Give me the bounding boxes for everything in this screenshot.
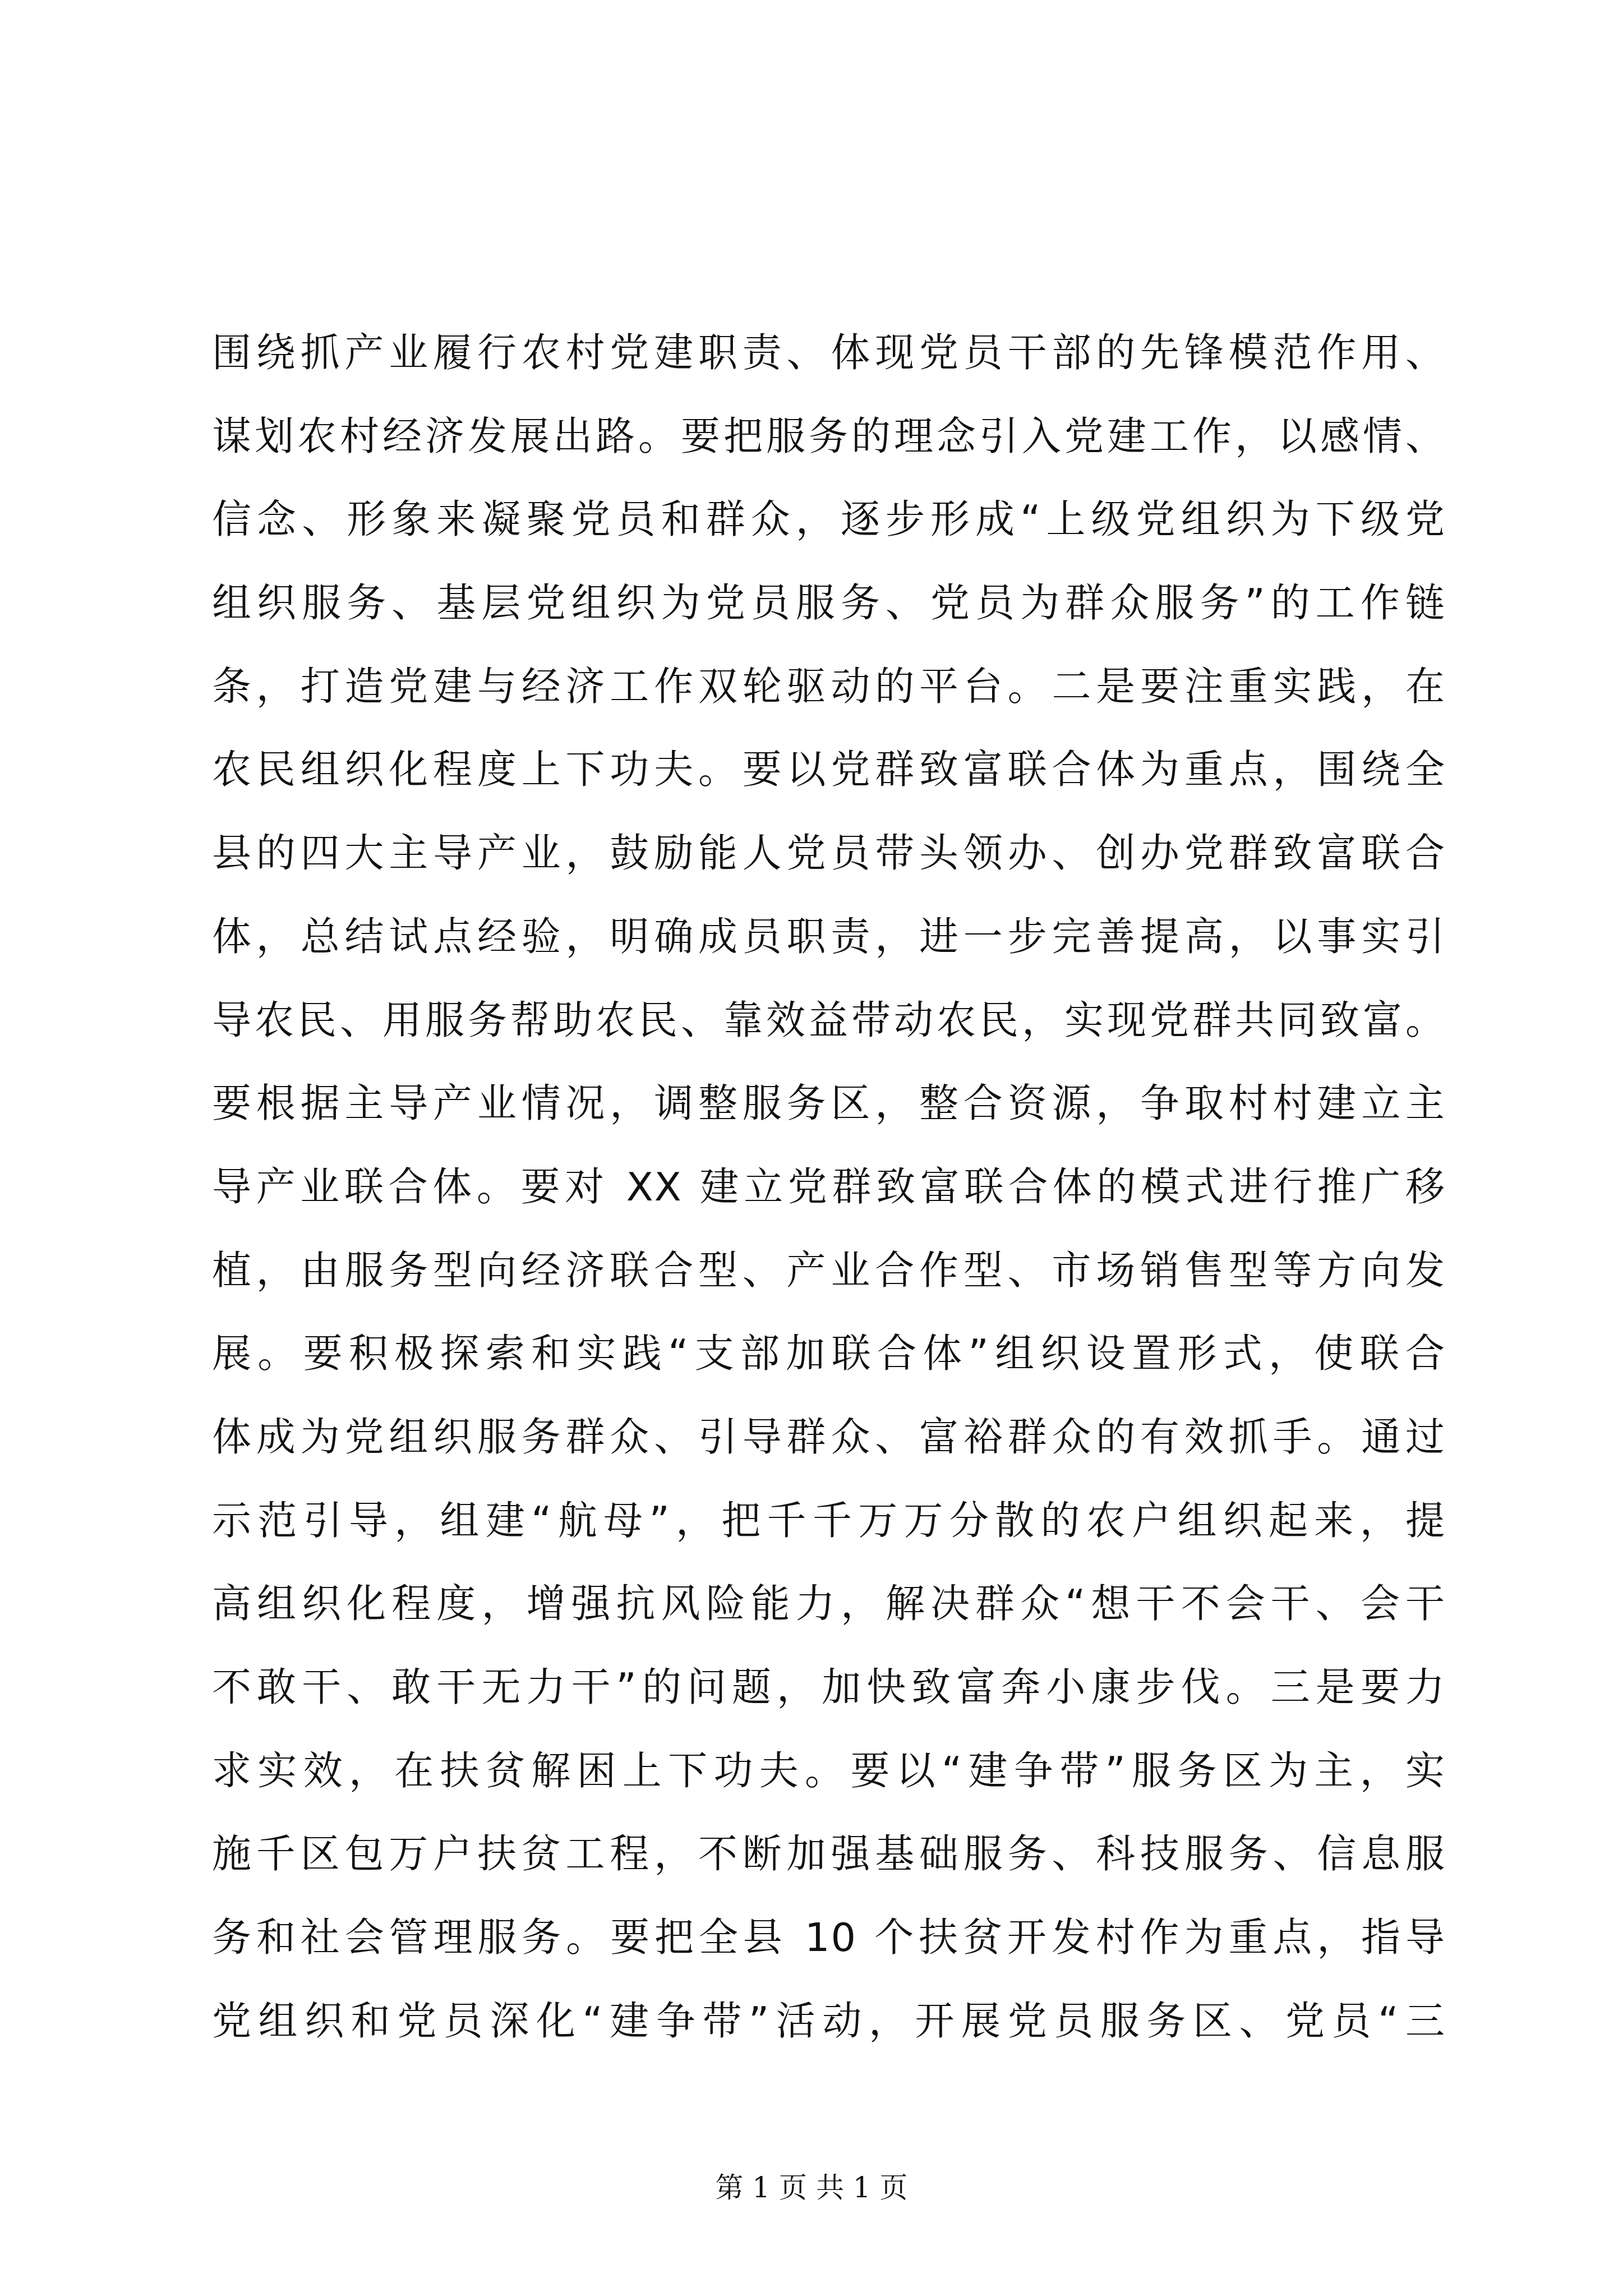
text-line: 体，总结试点经验，明确成员职责，进一步完善提高，以事实引 — [212, 895, 1446, 979]
text-line: 条，打造党建与经济工作双轮驱动的平台。二是要注重实践，在 — [212, 645, 1446, 729]
text-line: 组织服务、基层党组织为党员服务、党员为群众服务”的工作链 — [212, 562, 1446, 645]
text-line: 务和社会管理服务。要把全县 10 个扶贫开发村作为重点，指导 — [212, 1896, 1446, 1980]
text-line: 施千区包万户扶贫工程，不断加强基础服务、科技服务、信息服 — [212, 1812, 1446, 1896]
text-line: 求实效，在扶贫解困上下功夫。要以“建争带”服务区为主，实 — [212, 1729, 1446, 1813]
text-line: 信念、形象来凝聚党员和群众，逐步形成“上级党组织为下级党 — [212, 478, 1446, 562]
text-line: 导农民、用服务帮助农民、靠效益带动农民，实现党群共同致富。 — [212, 979, 1446, 1062]
text-line: 农民组织化程度上下功夫。要以党群致富联合体为重点，围绕全 — [212, 728, 1446, 812]
text-line: 不敢干、敢干无力干”的问题，加快致富奔小康步伐。三是要力 — [212, 1646, 1446, 1729]
text-line: 高组织化程度，增强抗风险能力，解决群众“想干不会干、会干 — [212, 1562, 1446, 1646]
text-line: 围绕抓产业履行农村党建职责、体现党员干部的先锋模范作用、 — [212, 311, 1446, 395]
text-line: 党组织和党员深化“建争带”活动，开展党员服务区、党员“三 — [212, 1980, 1446, 2063]
page-footer: 第 1 页 共 1 页 — [0, 2165, 1623, 2206]
text-line: 体成为党组织服务群众、引导群众、富裕群众的有效抓手。通过 — [212, 1396, 1446, 1479]
text-line: 导产业联合体。要对 XX 建立党群致富联合体的模式进行推广移 — [212, 1145, 1446, 1229]
text-line: 谋划农村经济发展出路。要把服务的理念引入党建工作，以感情、 — [212, 395, 1446, 478]
body-text: 围绕抓产业履行农村党建职责、体现党员干部的先锋模范作用、 谋划农村经济发展出路。… — [212, 311, 1446, 2063]
text-line: 示范引导，组建“航母”，把千千万万分散的农户组织起来，提 — [212, 1479, 1446, 1563]
text-line: 植，由服务型向经济联合型、产业合作型、市场销售型等方向发 — [212, 1229, 1446, 1313]
text-line: 展。要积极探索和实践“支部加联合体”组织设置形式，使联合 — [212, 1312, 1446, 1396]
text-line: 县的四大主导产业，鼓励能人党员带头领办、创办党群致富联合 — [212, 812, 1446, 895]
document-page: 围绕抓产业履行农村党建职责、体现党员干部的先锋模范作用、 谋划农村经济发展出路。… — [0, 0, 1623, 2296]
text-line: 要根据主导产业情况，调整服务区，整合资源，争取村村建立主 — [212, 1062, 1446, 1145]
